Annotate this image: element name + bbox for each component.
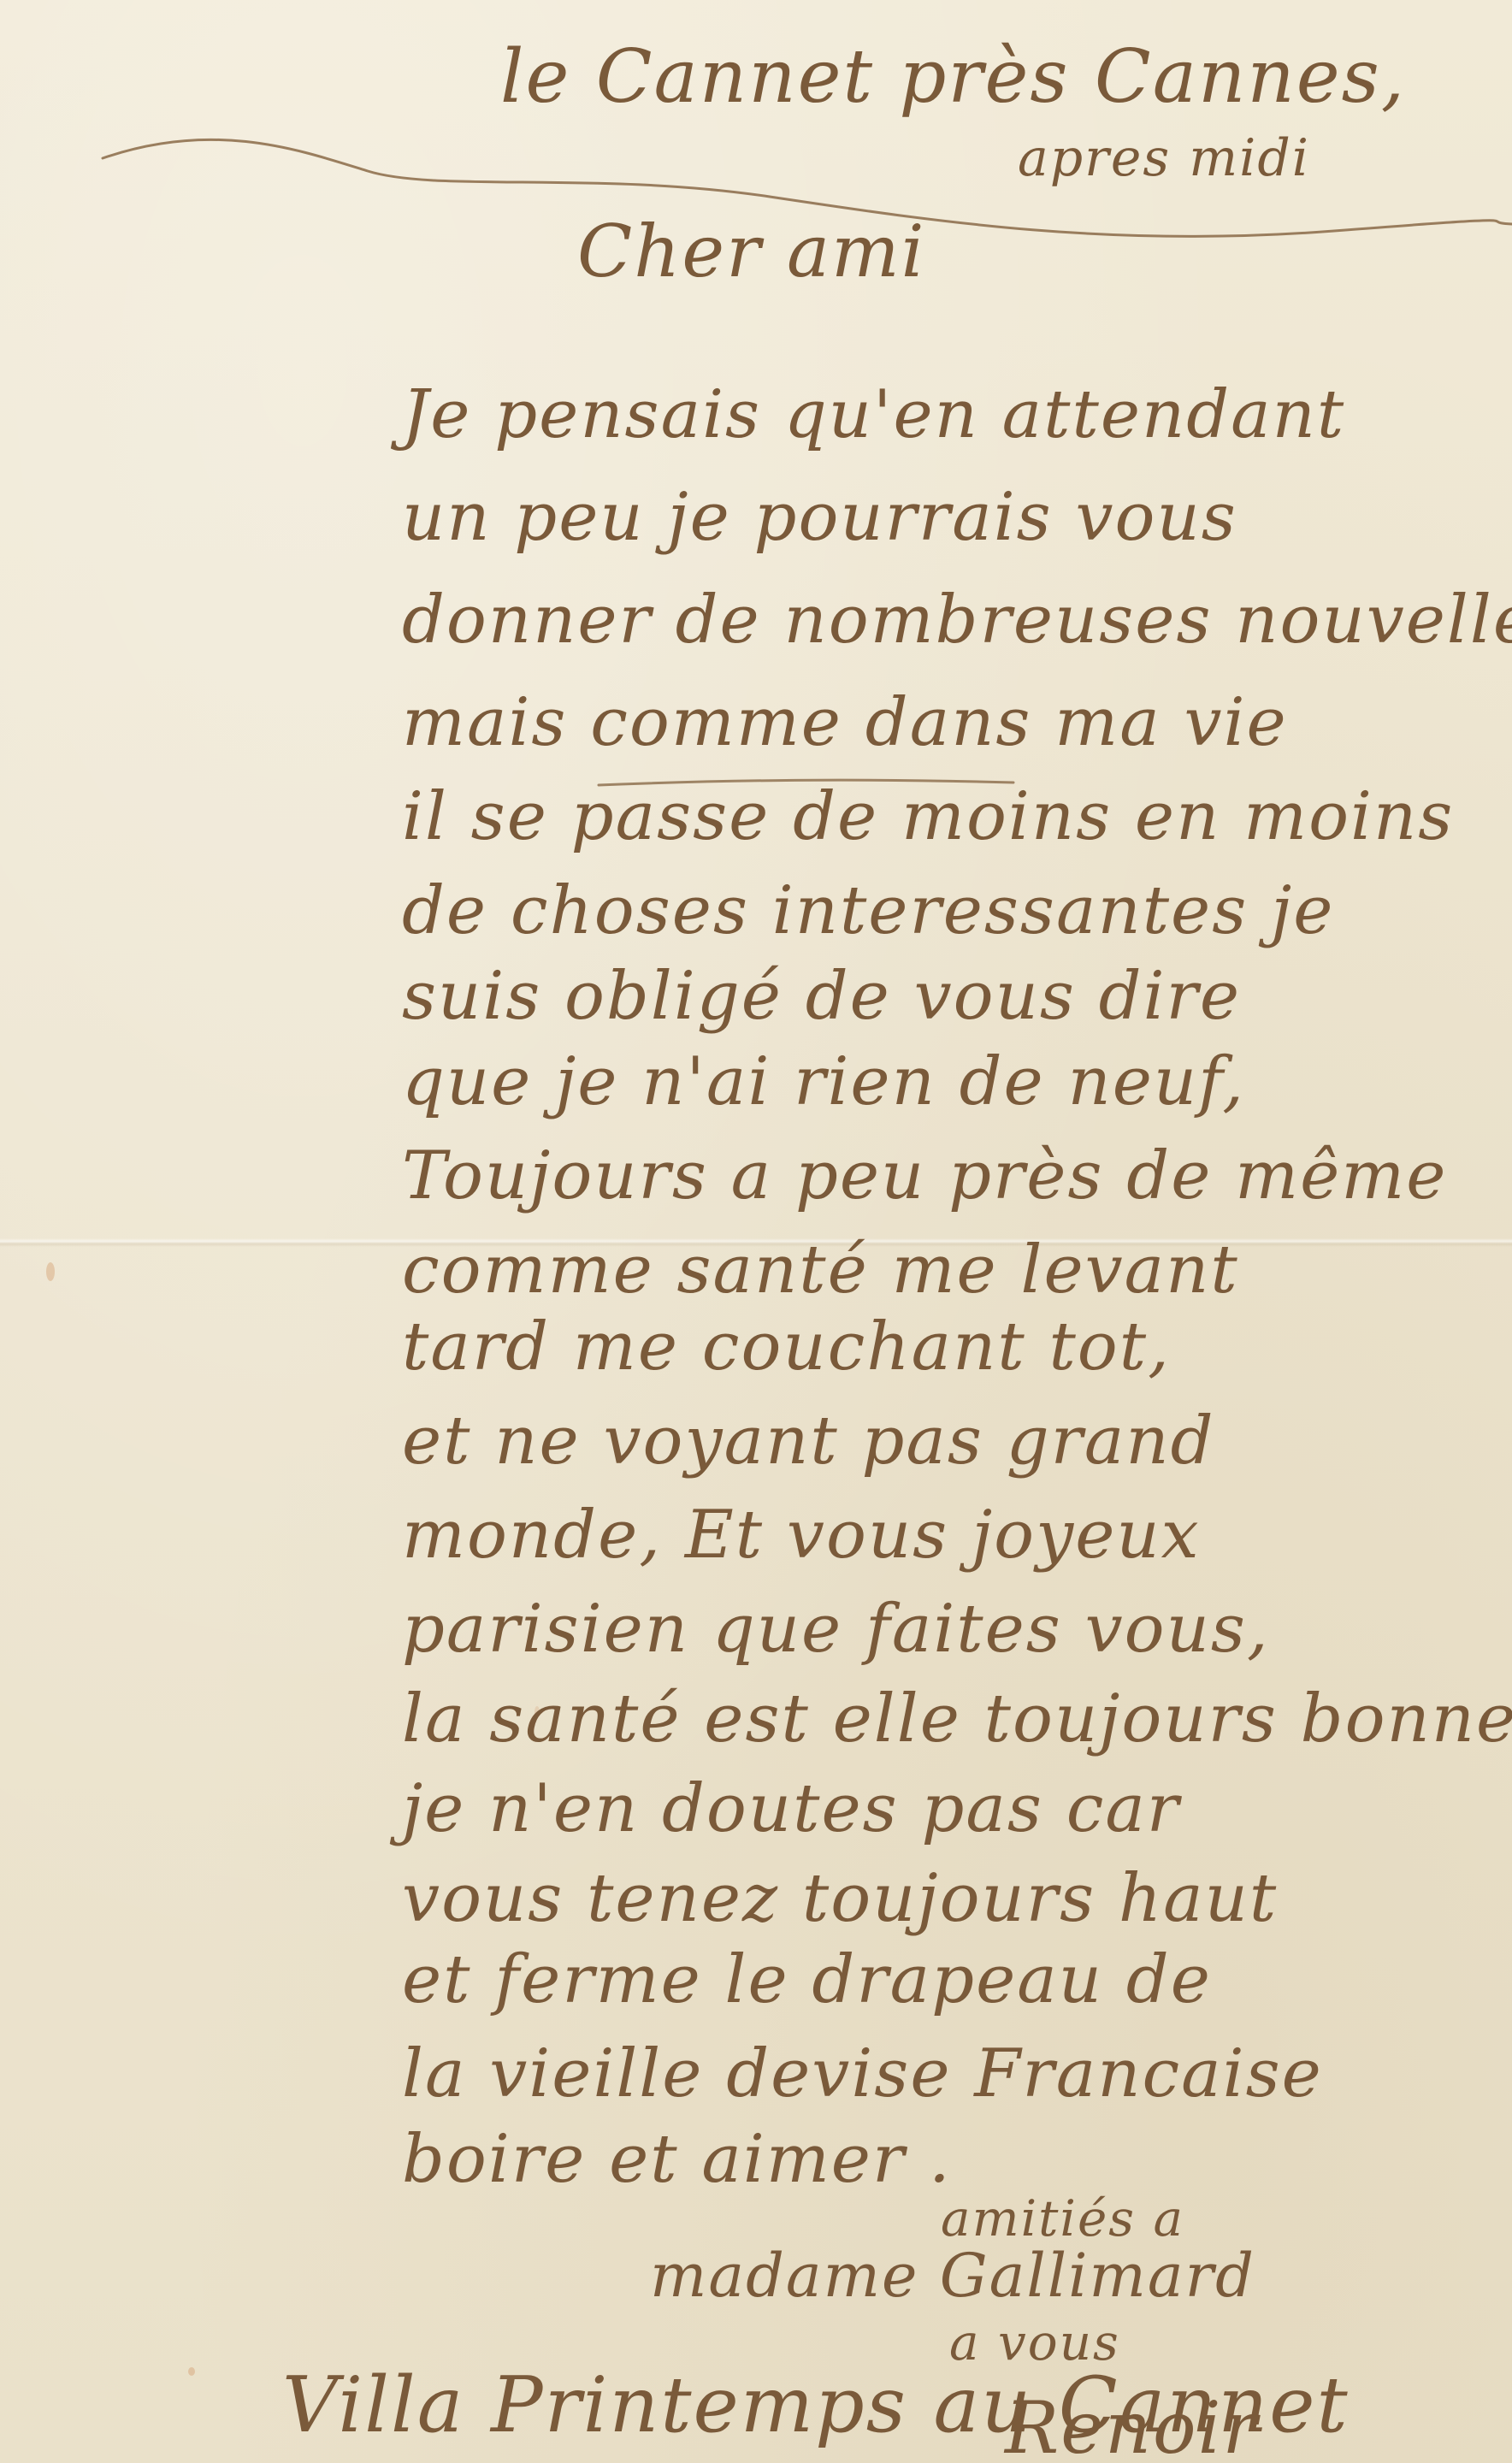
closing-regards: amitiés a (941, 2189, 1184, 2247)
body-line: tard me couchant tot, (402, 1308, 1171, 1385)
body-line: vous tenez toujours haut (402, 1860, 1278, 1937)
closing-recipient: madame Gallimard (650, 2241, 1255, 2311)
body-line: la vieille devise Francaise (402, 2035, 1323, 2112)
body-line: et ferme le drapeau de (402, 1941, 1212, 2018)
body-line: Toujours a peu près de même (402, 1137, 1447, 1214)
body-line: monde, Et vous joyeux (402, 1497, 1201, 1574)
body-line: boire et aimer . (402, 2121, 952, 2198)
body-line: suis obligé de vous dire (402, 958, 1241, 1035)
foxing-spot (188, 2367, 195, 2376)
foxing-spot (46, 1262, 55, 1281)
word-overline-flourish (0, 0, 1512, 855)
body-line: de choses interessantes je (402, 872, 1334, 949)
body-line: et ne voyant pas grand (402, 1403, 1215, 1480)
body-line: je n'en doutes pas car (402, 1770, 1180, 1847)
sender-address: Villa Printemps au Cannet (282, 2360, 1350, 2450)
body-line: que je n'ai rien de neuf, (402, 1043, 1245, 1120)
body-line: la santé est elle toujours bonne (402, 1680, 1512, 1757)
body-line: comme santé me levant (402, 1231, 1239, 1308)
body-line: parisien que faites vous, (402, 1591, 1270, 1668)
